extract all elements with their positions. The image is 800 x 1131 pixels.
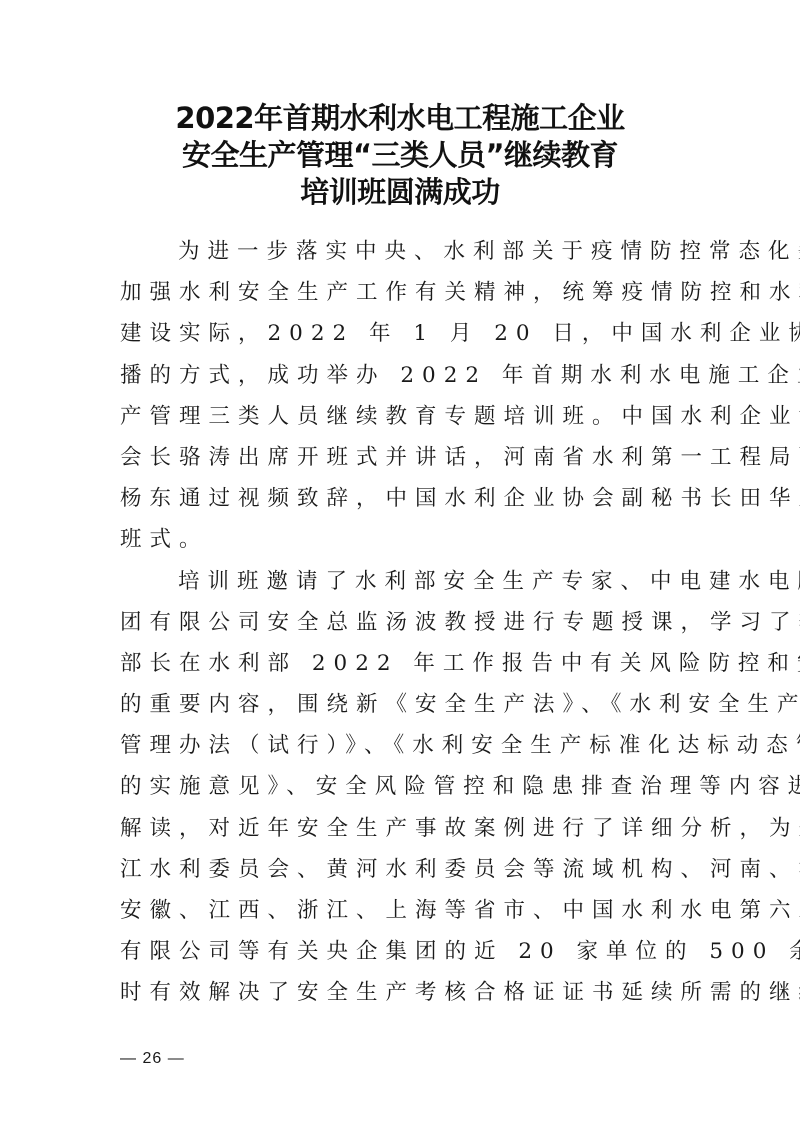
document-title: 2022年首期水利水电工程施工企业 安全生产管理“三类人员”继续教育 培训班圆满… xyxy=(0,100,800,211)
document-body: 为进一步落实中央、水利部关于疫情防控常态化条件下 加强水利安全生产工作有关精神，… xyxy=(120,231,682,1014)
text-line: 部长在水利部 2022 年工作报告中有关风险防控和安全生产 xyxy=(120,643,682,684)
text-line: 解读，对近年安全生产事故案例进行了详细分析，为来自长 xyxy=(120,808,682,849)
text-line: 的重要内容，围绕新《安全生产法》、《水利安全生产监督 xyxy=(120,684,682,725)
text-line: 江水利委员会、黄河水利委员会等流域机构、河南、湖北、 xyxy=(120,849,682,890)
text-line: 团有限公司安全总监汤波教授进行专题授课，学习了李国英 xyxy=(120,602,682,643)
text-line: 有限公司等有关央企集团的近 20 家单位的 500 余名学员及 xyxy=(120,931,682,972)
text-line: 播的方式，成功举办 2022 年首期水利水电施工企业安全生 xyxy=(120,355,682,396)
page-number: — 26 — xyxy=(120,1050,185,1068)
text-line: 的实施意见》、安全风险管控和隐患排查治理等内容进行了 xyxy=(120,766,682,807)
document-page: 2022年首期水利水电工程施工企业 安全生产管理“三类人员”继续教育 培训班圆满… xyxy=(0,0,800,1131)
title-line-1: 2022年首期水利水电工程施工企业 xyxy=(0,100,800,137)
text-line: 杨东通过视频致辞，中国水利企业协会副秘书长田华主持开 xyxy=(120,478,682,519)
text-line: 班式。 xyxy=(120,519,682,560)
text-line: 加强水利安全生产工作有关精神，统筹疫情防控和水利工程 xyxy=(120,272,682,313)
text-line: 建设实际，2022 年 1 月 20 日，中国水利企业协会以视频直 xyxy=(120,313,682,354)
text-line: 管理办法（试行）》、《水利安全生产标准化达标动态管理 xyxy=(120,725,682,766)
text-line: 为进一步落实中央、水利部关于疫情防控常态化条件下 xyxy=(120,231,682,272)
title-line-3: 培训班圆满成功 xyxy=(0,174,800,211)
text-line: 产管理三类人员继续教育专题培训班。中国水利企业协会副 xyxy=(120,396,682,437)
text-line: 培训班邀请了水利部安全生产专家、中电建水电顾问集 xyxy=(120,561,682,602)
paragraph-1: 为进一步落实中央、水利部关于疫情防控常态化条件下 加强水利安全生产工作有关精神，… xyxy=(120,231,682,561)
text-line: 会长骆涛出席开班式并讲话，河南省水利第一工程局副局长 xyxy=(120,437,682,478)
title-line-2: 安全生产管理“三类人员”继续教育 xyxy=(0,137,800,174)
text-line: 安徽、江西、浙江、上海等省市、中国水利水电第六工程局 xyxy=(120,890,682,931)
paragraph-2: 培训班邀请了水利部安全生产专家、中电建水电顾问集 团有限公司安全总监汤波教授进行… xyxy=(120,561,682,1014)
text-line: 时有效解决了安全生产考核合格证证书延续所需的继续教 xyxy=(120,972,682,1013)
